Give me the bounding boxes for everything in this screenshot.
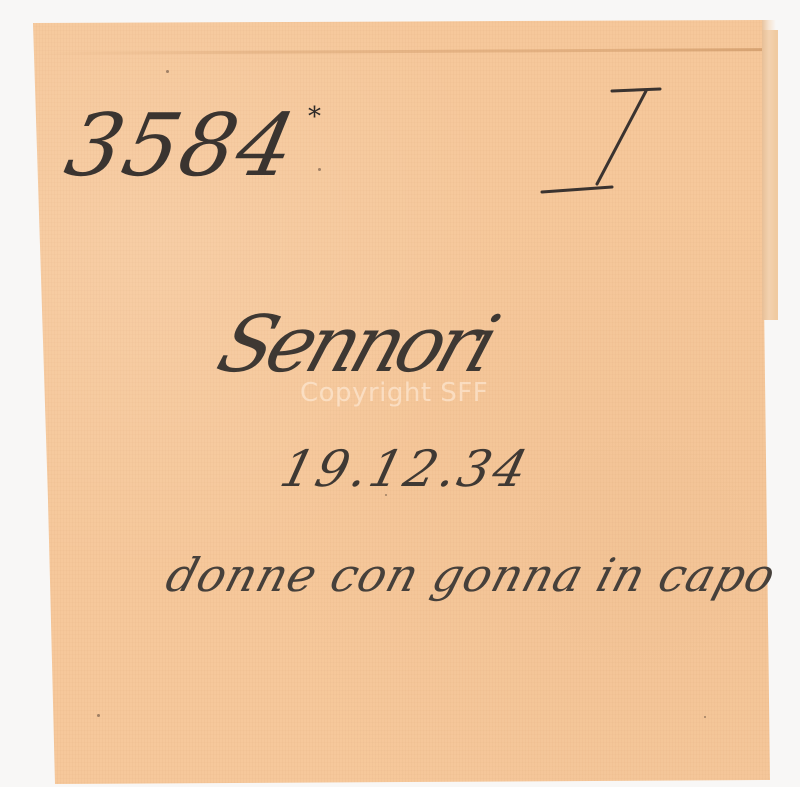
place-name: Sennori [207,300,504,390]
roman-numeral-one: I [540,80,670,200]
paper-speck [704,716,706,718]
catalog-number: 3584 [57,96,305,196]
copyright-watermark: Copyright SFF [300,378,488,408]
date-text: 19.12.34 [275,440,536,498]
star-mark: * [308,102,321,132]
description-text: donne con gonna in capo [160,548,782,602]
paper-edge-shadow [762,20,776,320]
paper-speck [166,70,169,73]
document-photo: 3584 * I Sennori 19.12.34 donne con gonn… [0,0,800,787]
paper-speck [318,168,321,171]
paper-speck [97,714,100,717]
